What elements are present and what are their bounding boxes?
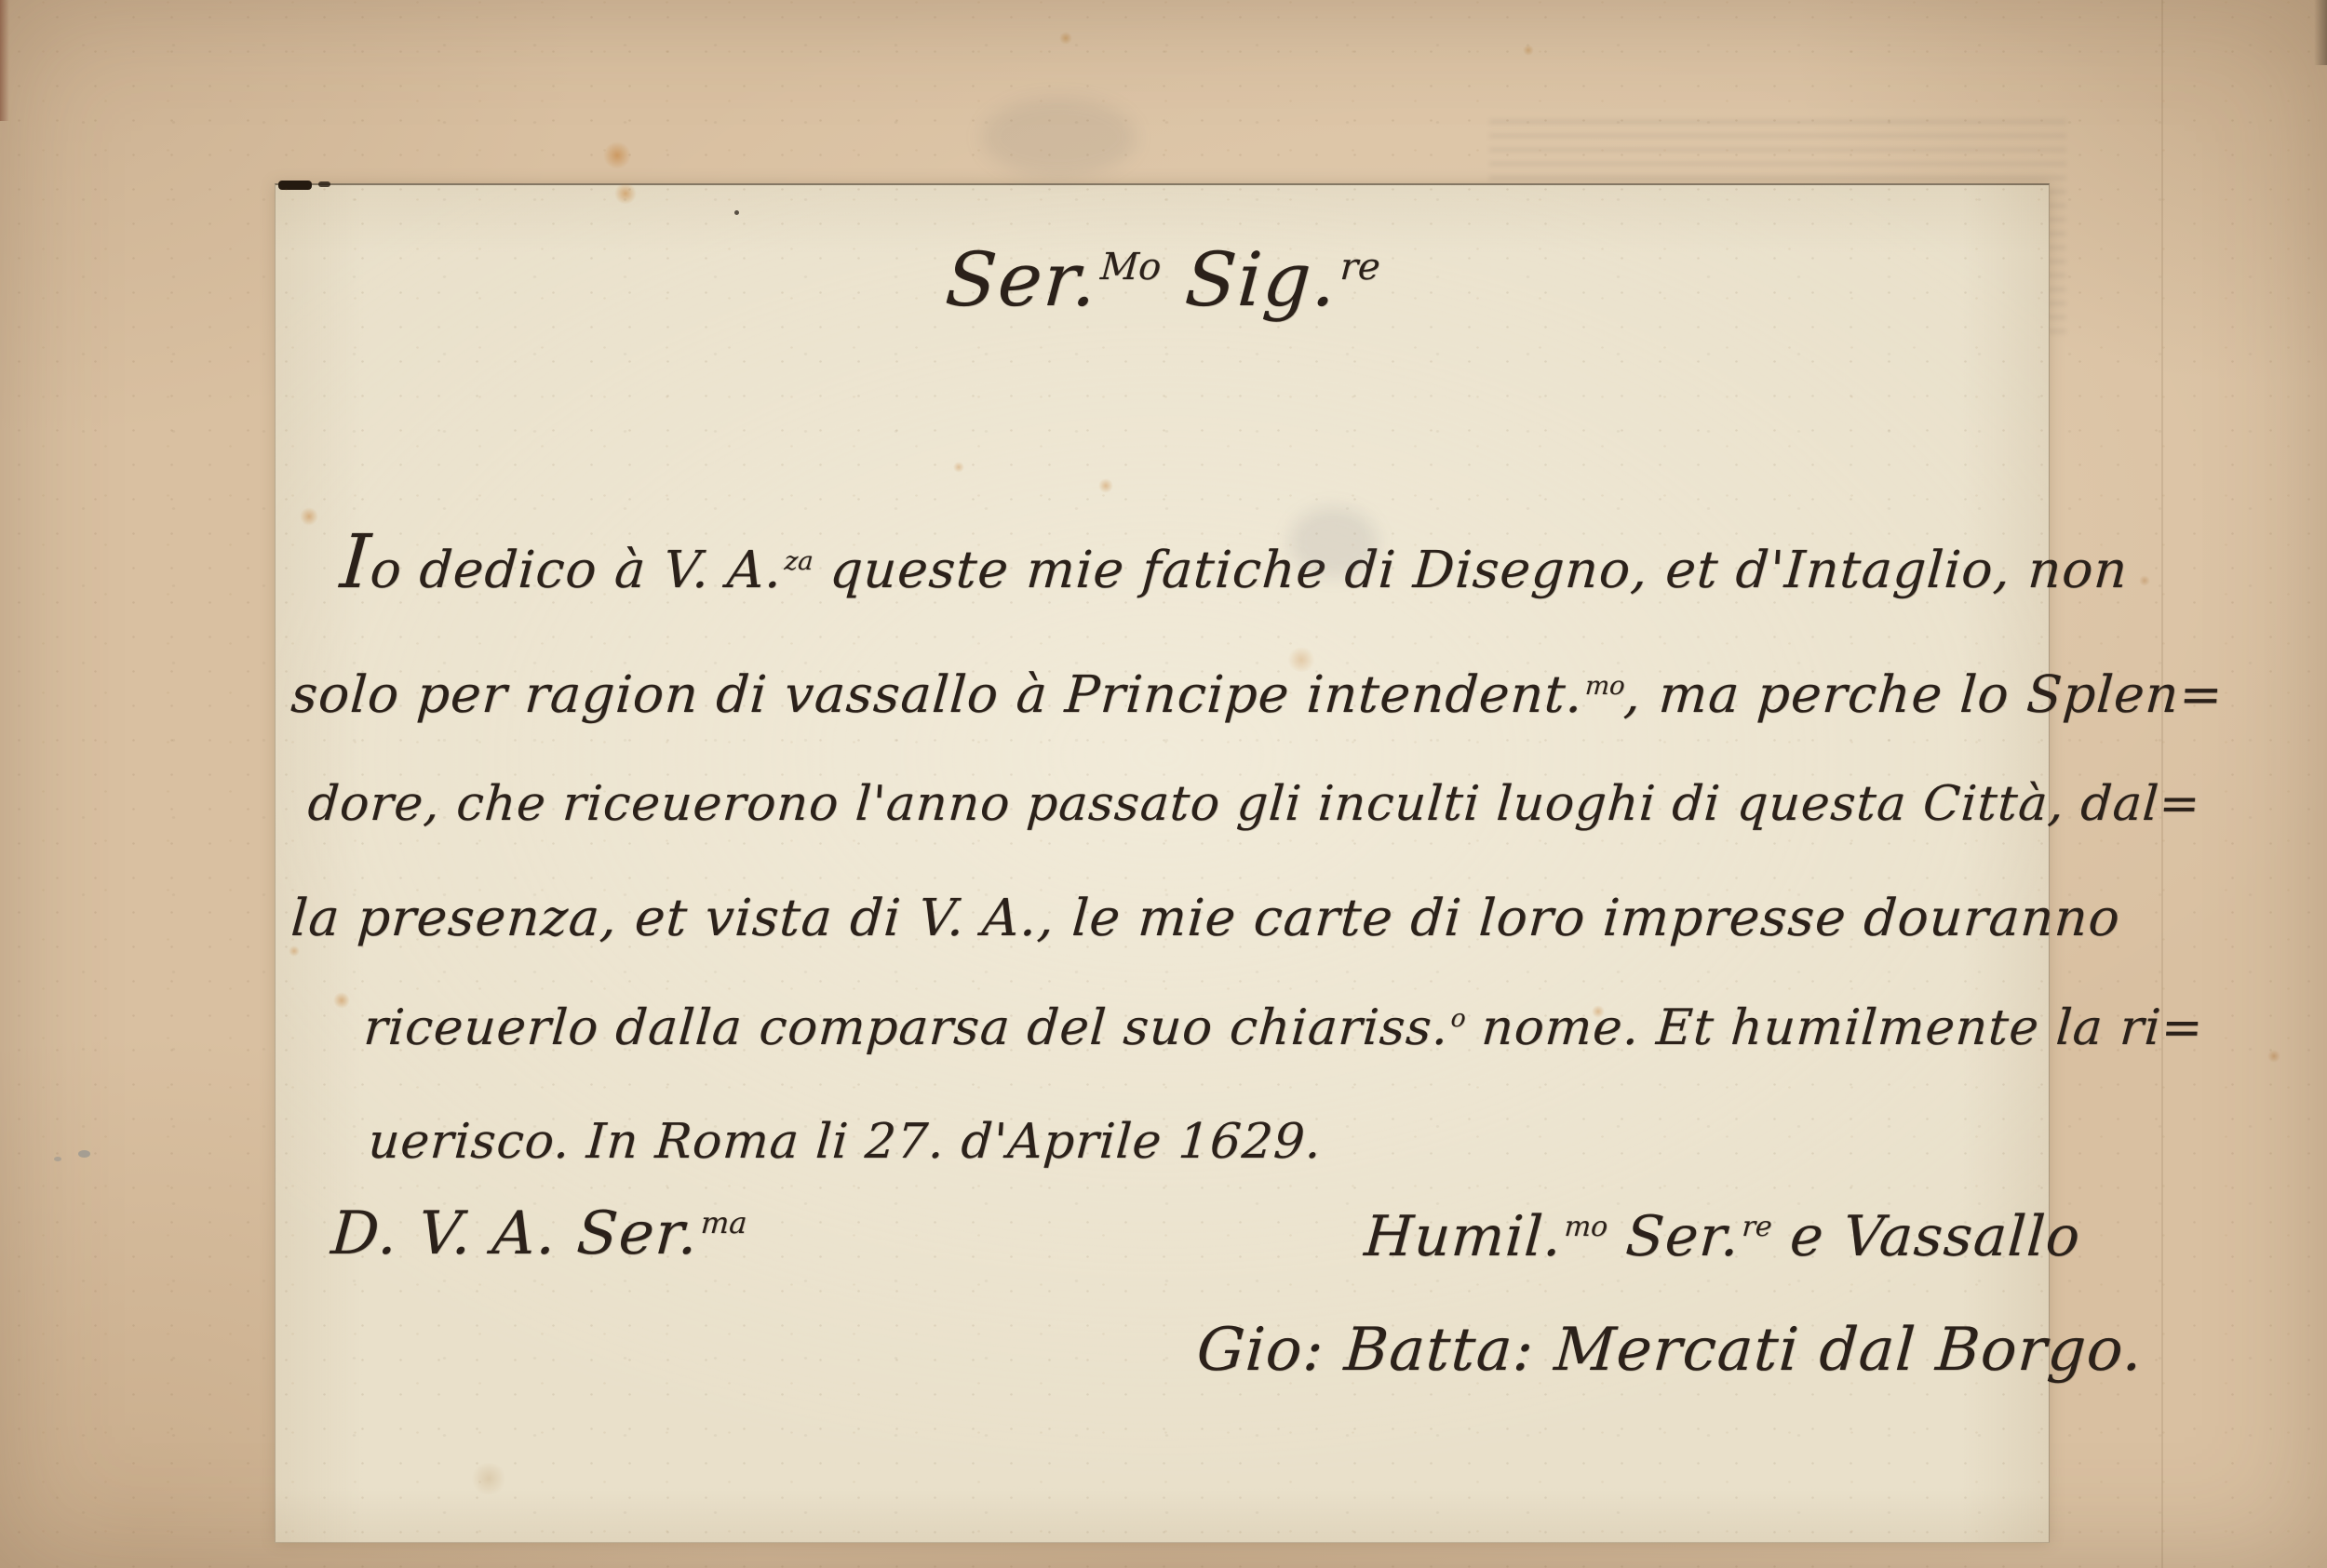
superscript: Mo	[1099, 246, 1163, 288]
closing-line: Humil.mo Ser.re e Vassallo	[1363, 1204, 2083, 1269]
text-run: queste mie fatiche di Disegno, et d'Inta…	[811, 540, 2131, 599]
valediction-line: D. V. A. Ser.ma	[329, 1199, 748, 1268]
foxing-spot	[1523, 45, 1534, 56]
etched-plate-area: Ser.Mo Sig.re Io dedico à V. A.za queste…	[275, 183, 2050, 1543]
blue-fiber-speck	[54, 1157, 61, 1161]
text-run: la presenza, et vista di V. A., le mie c…	[289, 888, 2123, 947]
superscript: ma	[700, 1205, 748, 1240]
text-run: Ser.	[943, 236, 1101, 323]
foxing-spot	[603, 141, 631, 169]
body-line-4: la presenza, et vista di V. A., le mie c…	[289, 888, 2123, 947]
text-run: Sig.	[1157, 236, 1340, 323]
foxing-spot	[2267, 1050, 2280, 1063]
text-run: Humil.	[1363, 1204, 1565, 1269]
gray-smudge	[982, 98, 1136, 177]
superscript: re	[1338, 246, 1381, 288]
ink-blot	[278, 181, 312, 190]
blue-fiber-speck	[78, 1150, 90, 1158]
body-line-5: riceuerlo dalla comparsa del suo chiaris…	[362, 999, 2206, 1056]
superscript: mo	[1584, 671, 1626, 701]
text-run: Ser.	[1605, 1204, 1742, 1269]
text-run: , ma perche lo Splen=	[1622, 664, 2226, 724]
text-run: nome. Et humilmente la ri=	[1463, 999, 2206, 1056]
foxing-spot	[1059, 32, 1072, 45]
text-run: e Vassallo	[1769, 1204, 2083, 1269]
superscript: za	[784, 546, 814, 576]
text-run: Io dedico à V. A.	[338, 540, 785, 599]
scanned-book-page: Ser.Mo Sig.re Io dedico à V. A.za queste…	[0, 0, 2327, 1568]
text-run: dore, che riceuerono l'anno passato gli …	[306, 776, 2202, 832]
text-run: riceuerlo dalla comparsa del suo chiaris…	[362, 999, 1451, 1056]
body-line-1: Io dedico à V. A.za queste mie fatiche d…	[338, 518, 2132, 605]
body-line-3: dore, che riceuerono l'anno passato gli …	[306, 776, 2202, 832]
text-run: uerisco. In Roma li 27. d'Aprile 1629.	[367, 1114, 1324, 1170]
ink-blot	[318, 181, 330, 187]
text-run: Gio: Batta: Mercati dal Borgo.	[1194, 1316, 2145, 1385]
superscript: mo	[1564, 1211, 1609, 1243]
page-corner-shade	[2314, 0, 2327, 65]
text-run: D. V. A. Ser.	[329, 1199, 701, 1268]
text-run: solo per ragion di vassallo à Principe i…	[289, 664, 1586, 724]
foxing-spot	[2139, 575, 2150, 586]
body-line-2: solo per ragion di vassallo à Principe i…	[289, 664, 2226, 724]
signature-line: Gio: Batta: Mercati dal Borgo.	[1194, 1316, 2145, 1385]
salutation-line: Ser.Mo Sig.re	[943, 236, 1382, 323]
body-line-6: uerisco. In Roma li 27. d'Aprile 1629.	[367, 1114, 1324, 1170]
superscript: re	[1741, 1211, 1773, 1243]
page-corner-shade	[0, 0, 9, 121]
